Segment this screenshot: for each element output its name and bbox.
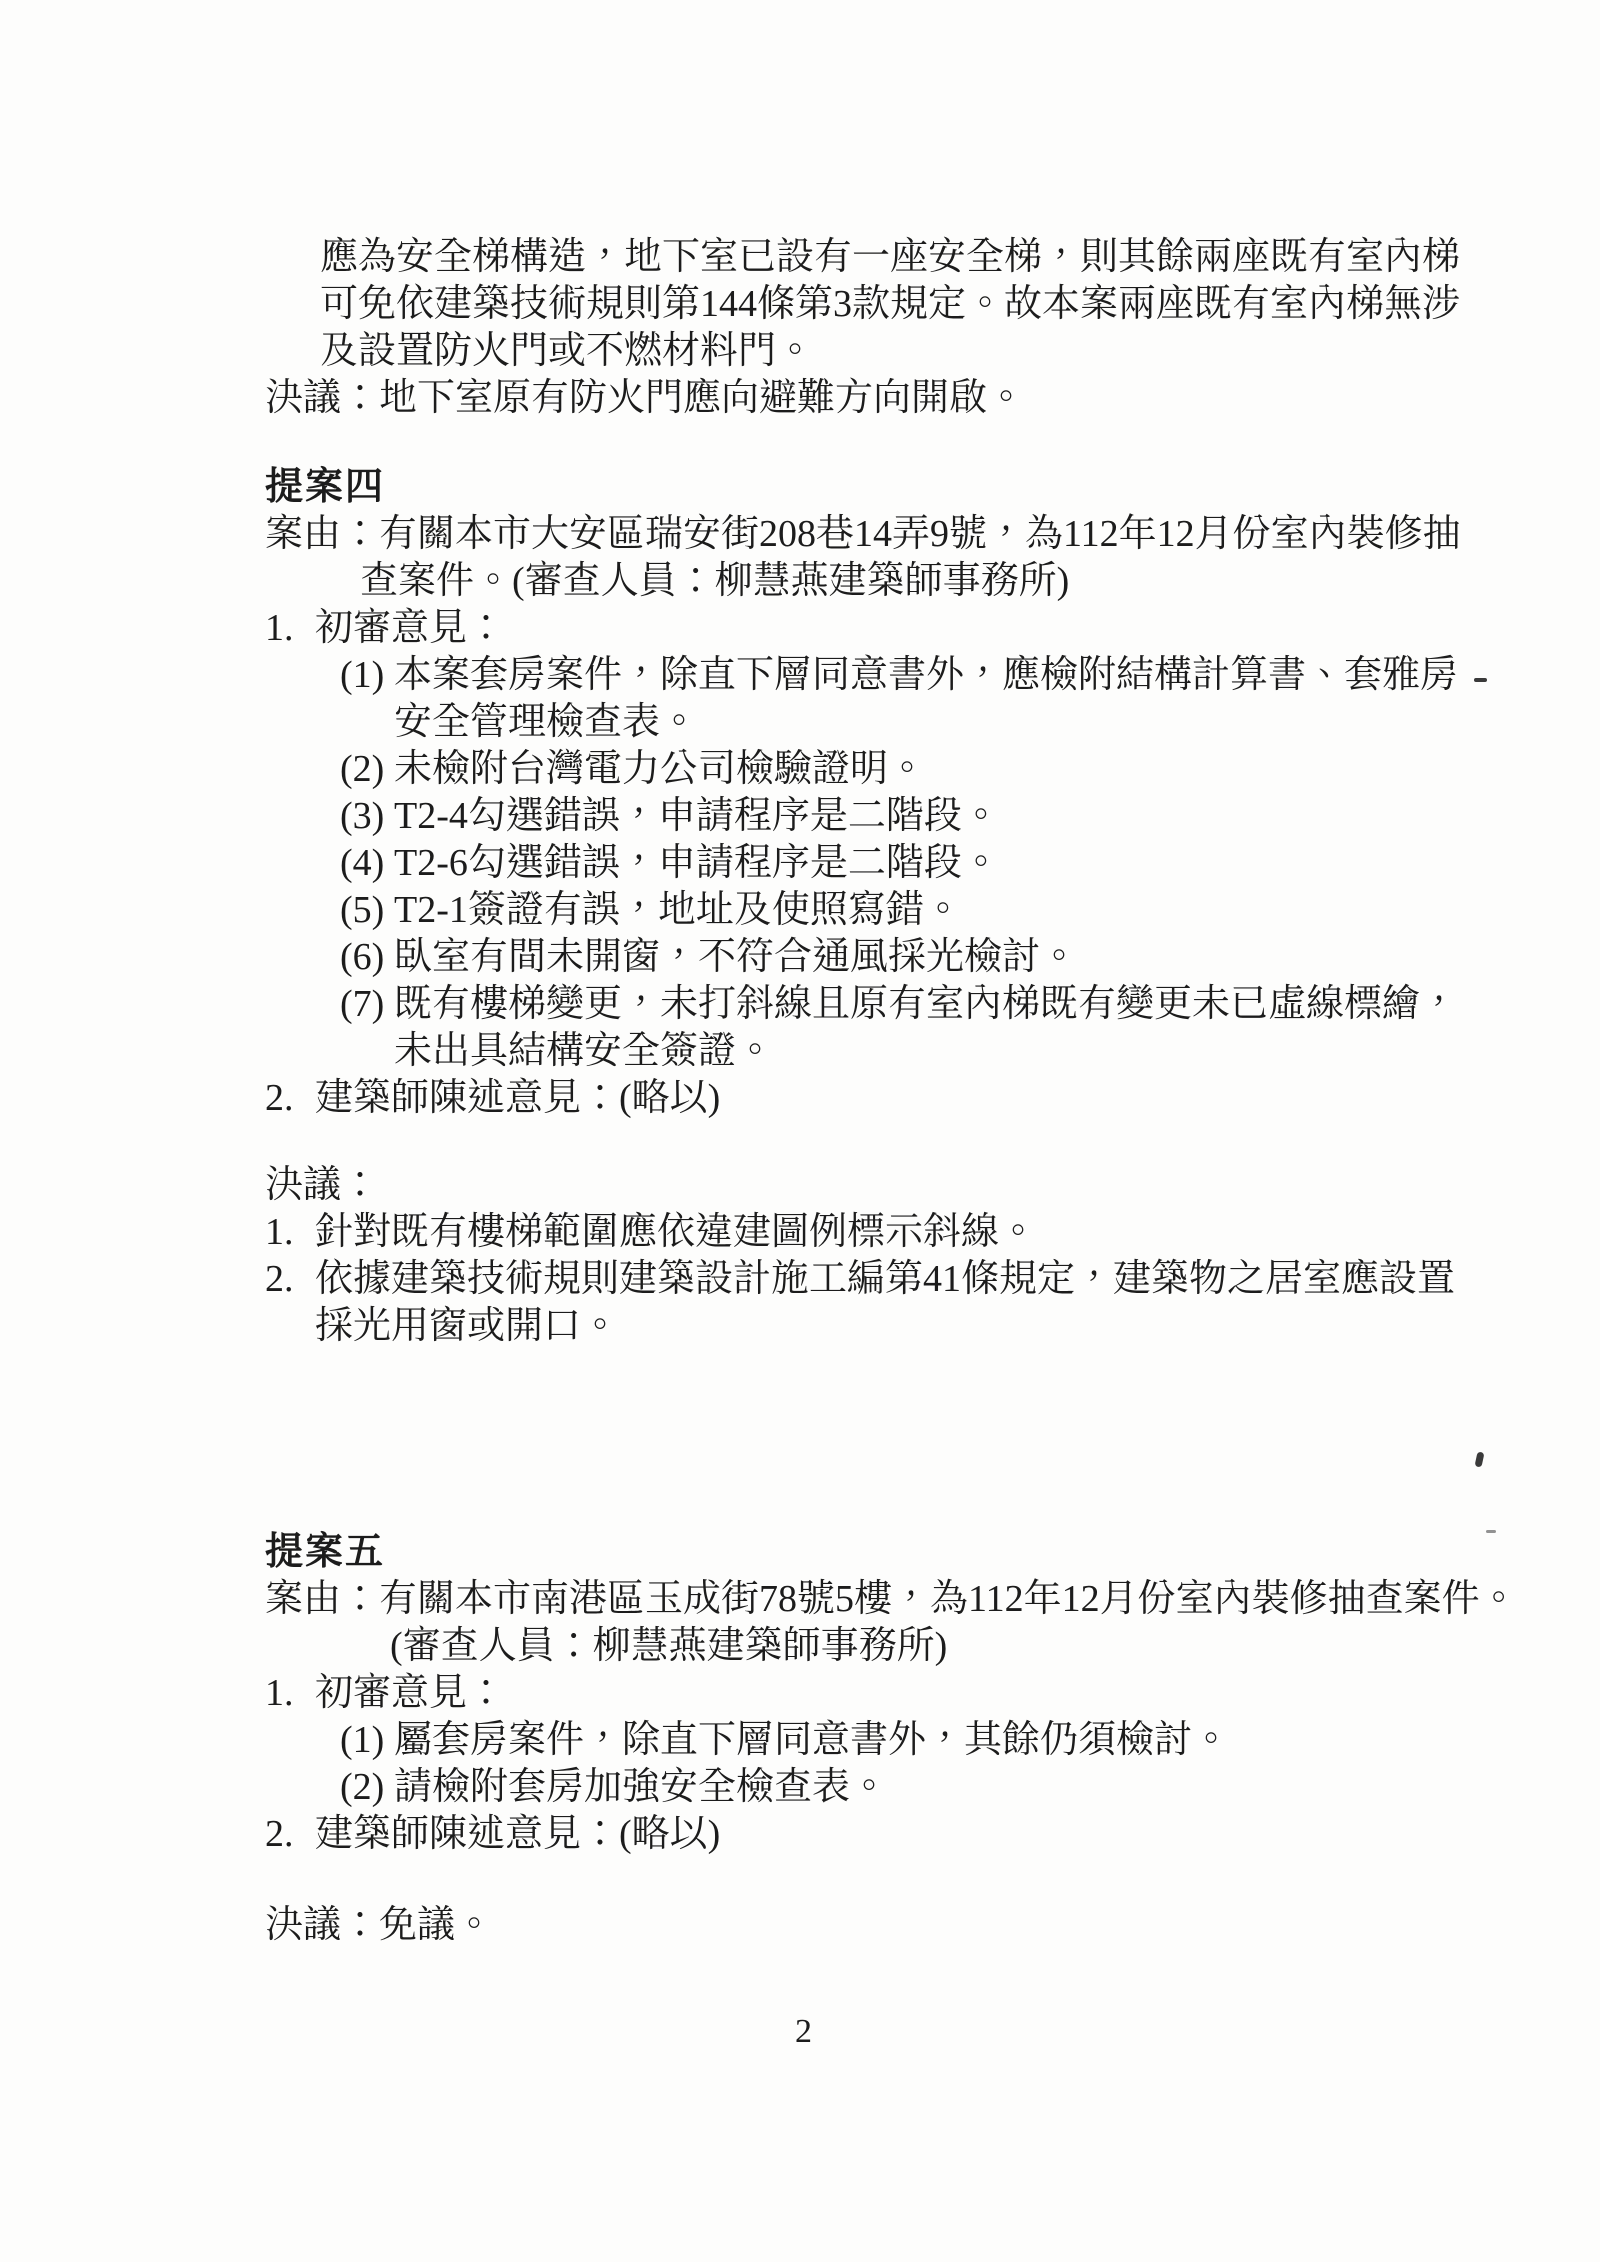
sub-item-number: (7) xyxy=(340,981,394,1028)
list-number: 2. xyxy=(265,1075,315,1122)
proposal5-heading: 提案五 xyxy=(265,1529,1545,1576)
section-gap xyxy=(265,1858,1545,1902)
proposal5-review-item-2: (2) 請檢附套房加強安全檢查表。 xyxy=(340,1764,1545,1811)
proposal4-review-item-1: (1) 本案套房案件，除直下層同意書外，應檢附結構計算書、套雅房 xyxy=(340,652,1545,699)
sub-item-text: T2-6勾選錯誤，申請程序是二階段。 xyxy=(394,840,1000,887)
proposal4-review-item-3: (3) T2-4勾選錯誤，申請程序是二階段。 xyxy=(340,793,1545,840)
list-number: 1. xyxy=(265,1670,315,1717)
resolution-text: 依據建築技術規則建築設計施工編第41條規定，建築物之居室應設置 xyxy=(315,1256,1455,1303)
proposal4-resolution-label: 決議： xyxy=(265,1162,1545,1209)
statement-label: 建築師陳述意見：(略以) xyxy=(315,1075,720,1122)
proposal4-statement: 2. 建築師陳述意見：(略以) xyxy=(265,1075,1545,1122)
document-page: 應為安全梯構造，地下室已設有一座安全梯，則其餘兩座既有室內梯 可免依建築技術規則… xyxy=(0,0,1600,2262)
page-number: 2 xyxy=(795,2012,812,2052)
sub-item-number: (6) xyxy=(340,934,394,981)
scan-artifact xyxy=(1474,678,1487,682)
proposal4-review-item-7-cont: 未出具結構安全簽證。 xyxy=(394,1028,1545,1075)
review-header-label: 初審意見： xyxy=(315,1670,505,1717)
sub-item-number: (2) xyxy=(340,746,394,793)
statement-label: 建築師陳述意見：(略以) xyxy=(315,1811,720,1858)
section-gap xyxy=(265,1350,1545,1529)
sub-item-text: 未檢附台灣電力公司檢驗證明。 xyxy=(394,746,926,793)
sub-item-text: 本案套房案件，除直下層同意書外，應檢附結構計算書、套雅房 xyxy=(394,652,1458,699)
sub-item-text: 既有樓梯變更，未打斜線且原有室內梯既有變更未已虛線標繪， xyxy=(394,981,1458,1028)
document-content: 應為安全梯構造，地下室已設有一座安全梯，則其餘兩座既有室內梯 可免依建築技術規則… xyxy=(265,234,1545,1949)
list-number: 2. xyxy=(265,1256,315,1303)
section-gap xyxy=(265,1122,1545,1162)
proposal4-review-header: 1. 初審意見： xyxy=(265,605,1545,652)
proposal4-review-item-4: (4) T2-6勾選錯誤，申請程序是二階段。 xyxy=(340,840,1545,887)
list-number: 1. xyxy=(265,1209,315,1256)
sub-item-text: T2-4勾選錯誤，申請程序是二階段。 xyxy=(394,793,1000,840)
sub-item-text: 請檢附套房加強安全檢查表。 xyxy=(394,1764,888,1811)
list-number: 2. xyxy=(265,1811,315,1858)
proposal5-subject-line1: 案由：有關本市南港區玉成街78號5樓，為112年12月份室內裝修抽查案件。 xyxy=(265,1576,1545,1623)
proposal4-review-item-1-cont: 安全管理檢查表。 xyxy=(394,699,1545,746)
sub-item-number: (5) xyxy=(340,887,394,934)
proposal4-resolution-2: 2. 依據建築技術規則建築設計施工編第41條規定，建築物之居室應設置 xyxy=(265,1256,1545,1303)
sub-item-number: (1) xyxy=(340,1717,394,1764)
proposal5-review-header: 1. 初審意見： xyxy=(265,1670,1545,1717)
proposal4-review-item-2: (2) 未檢附台灣電力公司檢驗證明。 xyxy=(340,746,1545,793)
proposal4-resolution-2-cont: 採光用窗或開口。 xyxy=(315,1303,1545,1350)
proposal5-subject-line2: (審查人員：柳慧燕建築師事務所) xyxy=(390,1623,1545,1670)
list-number: 1. xyxy=(265,605,315,652)
prior-case-body-line: 可免依建築技術規則第144條第3款規定。故本案兩座既有室內梯無涉 xyxy=(320,281,1545,328)
sub-item-text: 屬套房案件，除直下層同意書外，其餘仍須檢討。 xyxy=(394,1717,1230,1764)
proposal4-heading: 提案四 xyxy=(265,464,1545,511)
proposal5-resolution: 決議：免議。 xyxy=(265,1902,1545,1949)
sub-item-number: (3) xyxy=(340,793,394,840)
sub-item-number: (1) xyxy=(340,652,394,699)
proposal5-review-item-1: (1) 屬套房案件，除直下層同意書外，其餘仍須檢討。 xyxy=(340,1717,1545,1764)
proposal4-review-item-6: (6) 臥室有間未開窗，不符合通風採光檢討。 xyxy=(340,934,1545,981)
prior-case-resolution: 決議：地下室原有防火門應向避難方向開啟。 xyxy=(265,375,1545,422)
sub-item-text: T2-1簽證有誤，地址及使照寫錯。 xyxy=(394,887,962,934)
proposal4-review-item-7: (7) 既有樓梯變更，未打斜線且原有室內梯既有變更未已虛線標繪， xyxy=(340,981,1545,1028)
section-gap xyxy=(265,422,1545,464)
sub-item-number: (2) xyxy=(340,1764,394,1811)
resolution-text: 針對既有樓梯範圍應依違建圖例標示斜線。 xyxy=(315,1209,1037,1256)
proposal4-review-item-5: (5) T2-1簽證有誤，地址及使照寫錯。 xyxy=(340,887,1545,934)
proposal5-statement: 2. 建築師陳述意見：(略以) xyxy=(265,1811,1545,1858)
review-header-label: 初審意見： xyxy=(315,605,505,652)
proposal4-resolution-1: 1. 針對既有樓梯範圍應依違建圖例標示斜線。 xyxy=(265,1209,1545,1256)
prior-case-body-line: 及設置防火門或不燃材料門。 xyxy=(320,328,1545,375)
sub-item-number: (4) xyxy=(340,840,394,887)
prior-case-body-line: 應為安全梯構造，地下室已設有一座安全梯，則其餘兩座既有室內梯 xyxy=(320,234,1545,281)
proposal4-subject-line1: 案由：有關本市大安區瑞安街208巷14弄9號，為112年12月份室內裝修抽 xyxy=(265,511,1545,558)
scan-artifact xyxy=(1486,1530,1496,1533)
sub-item-text: 臥室有間未開窗，不符合通風採光檢討。 xyxy=(394,934,1078,981)
proposal4-subject-line2: 查案件。(審查人員：柳慧燕建築師事務所) xyxy=(360,558,1545,605)
